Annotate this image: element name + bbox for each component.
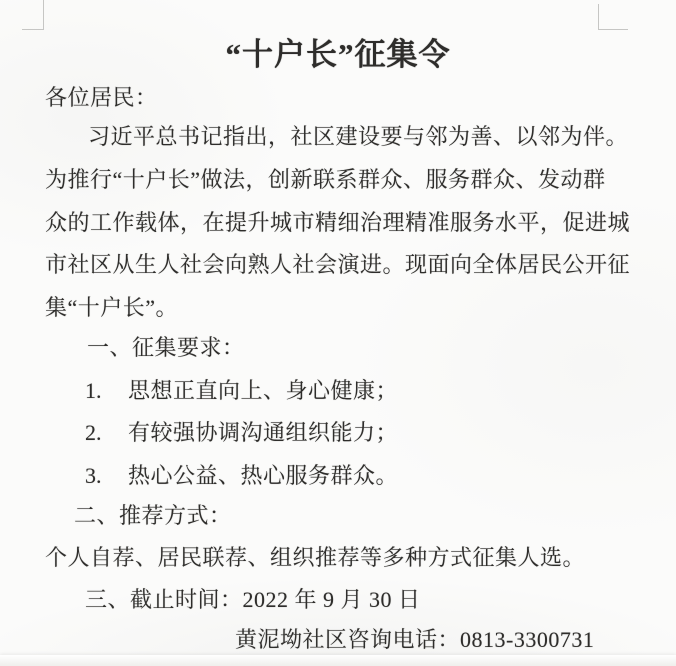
list-item-number: 1. xyxy=(85,378,128,404)
paragraph-line: 为推行“十户长”做法，创新联系群众、服务群众、发动群 xyxy=(45,167,606,193)
page-bottom-edge xyxy=(0,655,676,666)
list-item: 1.思想正直向上、身心健康； xyxy=(85,378,398,404)
section-three-line: 三、截止时间：2022 年 9 月 30 日 xyxy=(85,587,421,613)
section-two-text: 个人自荐、居民联荐、组织推荐等多种方式征集人选。 xyxy=(45,545,585,571)
list-item: 3.热心公益、热心服务群众。 xyxy=(85,463,398,489)
contact-phone: 0813-3300731 xyxy=(460,627,594,652)
deadline-date: 2022 年 9 月 30 日 xyxy=(243,587,421,612)
document-page: “十户长”征集令 各位居民： 习近平总书记指出，社区建设要与邻为善、以邻为伴。 … xyxy=(0,0,676,666)
paragraph-line: 习近平总书记指出，社区建设要与邻为善、以邻为伴。 xyxy=(88,124,628,150)
margin-crop-mark-top-left-icon xyxy=(22,0,44,30)
list-item-text: 热心公益、热心服务群众。 xyxy=(128,463,398,488)
list-item-text: 思想正直向上、身心健康； xyxy=(128,378,398,403)
section-two-heading: 二、推荐方式： xyxy=(74,503,232,529)
paragraph-line: 集“十户长”。 xyxy=(45,295,178,321)
document-title: “十户长”征集令 xyxy=(0,29,676,74)
contact-label: 黄泥坳社区咨询电话： xyxy=(235,627,460,652)
salutation: 各位居民： xyxy=(45,85,158,111)
margin-crop-mark-top-right-icon xyxy=(598,4,628,30)
list-item-text: 有较强协调沟通组织能力； xyxy=(128,420,398,445)
document-photo: { "page": { "background_color": "#fbfbfa… xyxy=(0,0,676,666)
list-item: 2.有较强协调沟通组织能力； xyxy=(85,420,398,446)
paragraph-line: 众的工作载体，在提升城市精细治理精准服务水平，促进城 xyxy=(45,210,630,236)
list-item-number: 3. xyxy=(85,463,128,489)
section-one-heading: 一、征集要求： xyxy=(87,335,245,361)
list-item-number: 2. xyxy=(85,420,128,446)
paragraph-line: 市社区从生人社会向熟人社会演进。现面向全体居民公开征 xyxy=(45,252,630,278)
section-three-heading: 三、截止时间： xyxy=(85,587,243,612)
footer-contact-line: 黄泥坳社区咨询电话：0813-3300731 xyxy=(235,627,594,653)
